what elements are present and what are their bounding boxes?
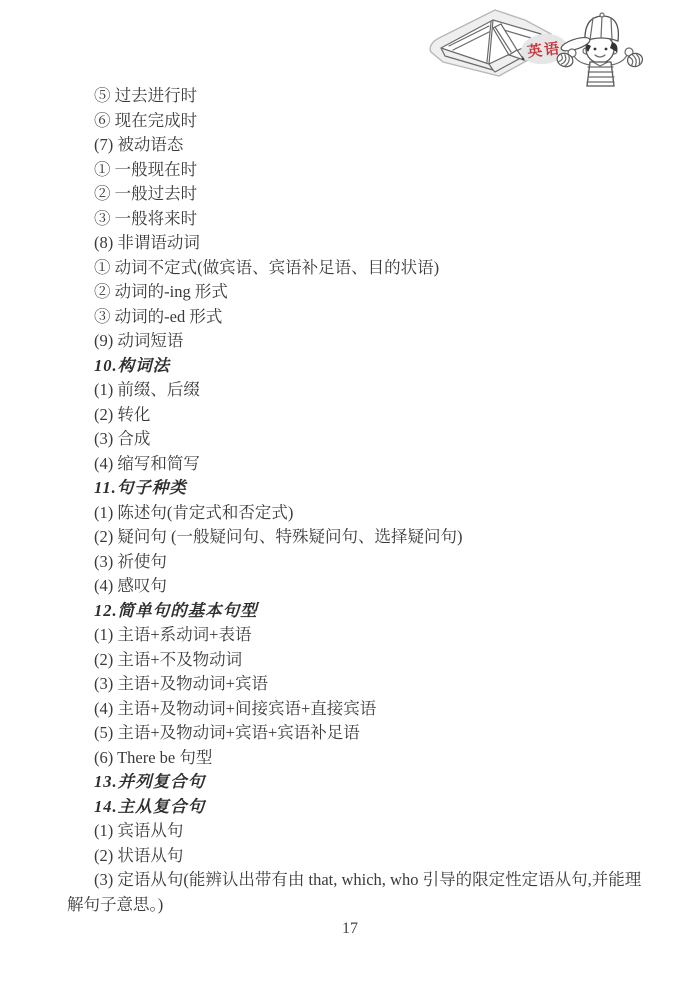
content-line: (2) 状语从句: [67, 844, 652, 869]
header-illustration: 英语: [425, 0, 665, 90]
content-line: (3) 定语从句(能辨认出带有由 that, which, who 引导的限定性…: [67, 868, 652, 917]
content-line: (4) 感叹句: [67, 574, 652, 599]
content-line: (4) 主语+及物动词+间接宾语+直接宾语: [67, 697, 652, 722]
content-line: (3) 主语+及物动词+宾语: [67, 672, 652, 697]
content-line: (3) 祈使句: [67, 550, 652, 575]
content-line: (2) 转化: [67, 403, 652, 428]
page-number: 17: [0, 920, 700, 938]
section-heading: 11.句子种类: [67, 476, 652, 501]
content-line: (3) 合成: [67, 427, 652, 452]
content-line: ③ 动词的-ed 形式: [67, 305, 652, 330]
content-line: (1) 主语+系动词+表语: [67, 623, 652, 648]
content-line: (4) 缩写和简写: [67, 452, 652, 477]
content-line: ⑤ 过去进行时: [67, 84, 652, 109]
section-heading: 13.并列复合句: [67, 770, 652, 795]
content-line: ② 一般过去时: [67, 182, 652, 207]
boy-mascot-icon: [555, 13, 644, 86]
content-line: (7) 被动语态: [67, 133, 652, 158]
content-line: (2) 主语+不及物动词: [67, 648, 652, 673]
content-list: ⑤ 过去进行时 ⑥ 现在完成时 (7) 被动语态 ① 一般现在时 ② 一般过去时…: [67, 84, 652, 917]
content-line: ② 动词的-ing 形式: [67, 280, 652, 305]
content-line: (8) 非谓语动词: [67, 231, 652, 256]
content-line: ① 一般现在时: [67, 158, 652, 183]
section-heading: 12.简单句的基本句型: [67, 599, 652, 624]
section-heading: 10.构词法: [67, 354, 652, 379]
section-heading: 14.主从复合句: [67, 795, 652, 820]
content-line: (2) 疑问句 (一般疑问句、特殊疑问句、选择疑问句): [67, 525, 652, 550]
content-line: (6) There be 句型: [67, 746, 652, 771]
content-line: (5) 主语+及物动词+宾语+宾语补足语: [67, 721, 652, 746]
content-line: (1) 宾语从句: [67, 819, 652, 844]
content-line: ① 动词不定式(做宾语、宾语补足语、目的状语): [67, 256, 652, 281]
content-line: (9) 动词短语: [67, 329, 652, 354]
content-line: ③ 一般将来时: [67, 207, 652, 232]
content-line: (1) 陈述句(肯定式和否定式): [67, 501, 652, 526]
content-line: ⑥ 现在完成时: [67, 109, 652, 134]
content-line: (1) 前缀、后缀: [67, 378, 652, 403]
